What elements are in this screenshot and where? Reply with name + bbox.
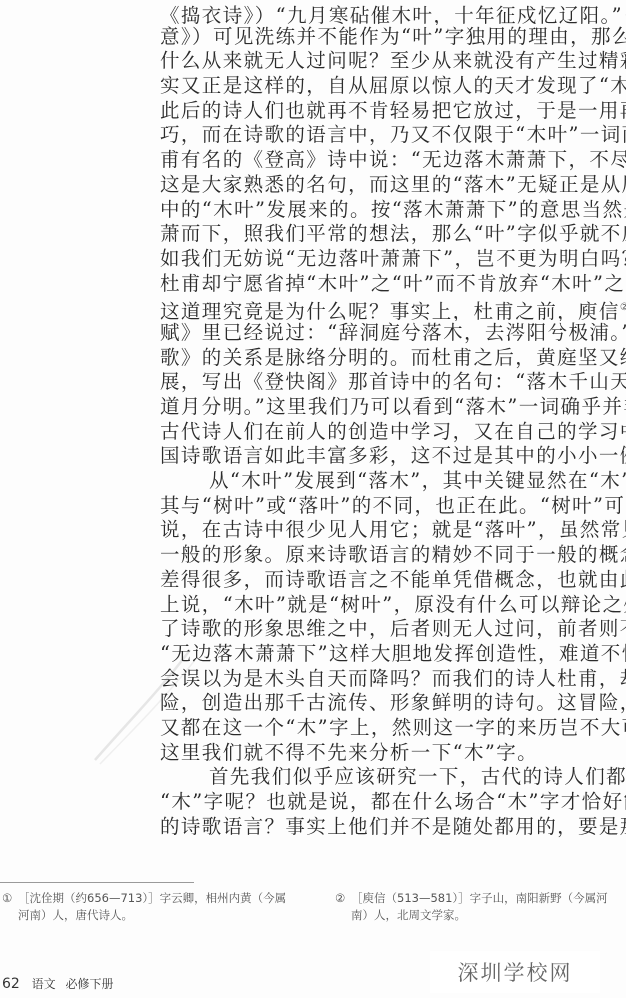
text-line: 如我们无妨说“无边落叶萧萧下”，岂不更为明白吗？然而天才的 (160, 247, 626, 272)
text-line: 《捣衣诗》）“九月寒砧催木叶，十年征戍忆辽阳。”（沈佺期①《古 (160, 0, 626, 25)
footnote-1: ①［沈佺期（约656—713）］字云卿，相州内黄（今属 河南）人，唐代诗人。 (2, 890, 302, 924)
footnote-divider (0, 882, 194, 883)
line-text: 展，写出《登快阁》那首诗中的名句：“落木千山天远大，澄江一 (160, 370, 626, 393)
text-line: “无边落木萧萧下”这样大胆地发挥创造性，难道不怕死心眼的人 (160, 642, 626, 667)
line-text: 巧，而在诗歌的语言中，乃又不仅限于“木叶”一词而已。例如杜 (160, 123, 626, 146)
line-text: 的诗歌语言？事实上他们并不是随处都用的，要是那样，就成了 (160, 815, 626, 838)
text-line: 巧，而在诗歌的语言中，乃又不仅限于“木叶”一词而已。例如杜 (160, 123, 626, 148)
text-line: 展，写出《登快阁》那首诗中的名句：“落木千山天远大，澄江一 (160, 370, 626, 395)
page-footer: 62 语文 必修下册 (2, 975, 114, 992)
text-line: 什么从来就无人过问呢？至少从来就没有产生过精彩的诗句。而事 (160, 49, 626, 74)
text-line: 甫有名的《登高》诗中说：“无边落木萧萧下，不尽长江滚滚来。” (160, 148, 626, 173)
text-line: 赋》里已经说过：“辞洞庭兮落木，去涔阳兮极浦。”这里与《九 (160, 321, 626, 346)
line-text: 了诗歌的形象思维之中，后者则无人过问，前者则不断发展。像 (160, 617, 626, 640)
line-text: “无边落木萧萧下”这样大胆地发挥创造性，难道不怕死心眼的人 (160, 642, 626, 665)
footnote-number: ② (335, 890, 351, 907)
book-label: 必修下册 (66, 977, 114, 991)
line-text: 道月分明。”这里我们乃可以看到“落木”一词确乎并非偶然了。 (160, 395, 626, 418)
line-text: 险，创造出那千古流传、形象鲜明的诗句。这冒险，这形象，其实 (160, 691, 626, 714)
line-text: 这道理究竟是为什么呢？事实上，杜甫之前，庾信 (160, 300, 620, 321)
text-line: 这是大家熟悉的名句，而这里的“落木”无疑正是从屈原《九歌》 (160, 173, 626, 198)
text-line: 此后的诗人们也就再不肯轻易把它放过，于是一用再用，熟能生 (160, 99, 626, 124)
footnote-text: ［庾信（513—581）］字子山，南阳新野（今属河 (351, 891, 608, 905)
text-line: 歌》的关系是脉络分明的。而杜甫之后，黄庭坚又继续了杜甫的发 (160, 346, 626, 371)
line-text: 古代诗人们在前人的创造中学习，又在自己的学习中创造，使得中 (160, 420, 626, 443)
text-line: 其与“树叶”或“落叶”的不同，也正在此。“树叶”可以不用多 (160, 494, 626, 519)
line-text: 国诗歌语言如此丰富多彩，这不过是其中的小小一例而已。 (160, 444, 626, 467)
line-text: “木”字呢？也就是说，都在什么场合“木”字才恰好能构成精妙 (160, 790, 626, 813)
line-text: 意》）可见洗练并不能作为“叶”字独用的理由，那么“树叶”为 (160, 25, 626, 48)
text-line: 杜甫却宁愿省掉“木叶”之“叶”而不肯放弃“木叶”之“木”， (160, 272, 626, 297)
line-text: 又都在这一个“木”字上，然则这一字的来历岂不大可思索吗？在 (160, 716, 626, 739)
line-text: 什么从来就无人过问呢？至少从来就没有产生过精彩的诗句。而事 (160, 49, 626, 72)
line-text: 甫有名的《登高》诗中说：“无边落木萧萧下，不尽长江滚滚来。” (160, 148, 626, 171)
text-line: 这里我们就不得不先来分析一下“木”字。 (160, 741, 626, 766)
page-number: 62 (2, 976, 20, 992)
text-line: 的诗歌语言？事实上他们并不是随处都用的，要是那样，就成了 (160, 815, 626, 840)
footnote-text: ［沈佺期（约656—713）］字云卿，相州内黄（今属 (18, 891, 286, 905)
footnote-text-cont: 河南）人，唐代诗人。 (2, 907, 302, 924)
text-line: 古代诗人们在前人的创造中学习，又在自己的学习中创造，使得中 (160, 420, 626, 445)
article-body: 《捣衣诗》）“九月寒砧催木叶，十年征戍忆辽阳。”（沈佺期①《古意》）可见洗练并不… (160, 0, 626, 839)
text-line: 说，在古诗中很少见人用它；就是“落叶”，虽然常见，也不过是 (160, 518, 626, 543)
line-text: 会误以为是木头自天而降吗？而我们的诗人杜甫，却宁可冒这危 (160, 667, 626, 690)
text-line: 差得很多，而诗歌语言之不能单凭借概念，也就由此可见。从概念 (160, 568, 626, 593)
text-line: “木”字呢？也就是说，都在什么场合“木”字才恰好能构成精妙 (160, 790, 626, 815)
text-line: 道月分明。”这里我们乃可以看到“落木”一词确乎并非偶然了。 (160, 395, 626, 420)
line-text: 一般的形象。原来诗歌语言的精妙不同于一般的概念，差一点就会 (160, 543, 626, 566)
text-line: 中的“木叶”发展来的。按“落木萧萧下”的意思当然是说树叶萧 (160, 198, 626, 223)
text-line: 又都在这一个“木”字上，然则这一字的来历岂不大可思索吗？在 (160, 716, 626, 741)
line-text: 中的“木叶”发展来的。按“落木萧萧下”的意思当然是说树叶萧 (160, 198, 626, 221)
line-text: 其与“树叶”或“落叶”的不同，也正在此。“树叶”可以不用多 (160, 494, 626, 517)
footnote-ref[interactable]: ② (620, 302, 626, 313)
watermark: 深圳学校网 (430, 951, 600, 993)
text-line: 了诗歌的形象思维之中，后者则无人过问，前者则不断发展。像 (160, 617, 626, 642)
text-line: 这道理究竟是为什么呢？事实上，杜甫之前，庾信②在《哀江南 (160, 296, 626, 321)
text-line: 从“木叶”发展到“落木”，其中关键显然在“木”这一字， (160, 469, 626, 494)
text-line: 首先我们似乎应该研究一下，古代的诗人们都在什么场合才用 (160, 765, 626, 790)
line-text: 《捣衣诗》）“九月寒砧催木叶，十年征戍忆辽阳。”（沈佺期 (160, 4, 626, 25)
line-text: 歌》的关系是脉络分明的。而杜甫之后，黄庭坚又继续了杜甫的发 (160, 346, 626, 369)
line-text: 从“木叶”发展到“落木”，其中关键显然在“木”这一字， (209, 469, 626, 492)
line-text: 这是大家熟悉的名句，而这里的“落木”无疑正是从屈原《九歌》 (160, 173, 626, 196)
line-text: 此后的诗人们也就再不肯轻易把它放过，于是一用再用，熟能生 (160, 99, 626, 122)
line-text: 实又正是这样的，自从屈原以惊人的天才发现了“木叶”的奥妙， (160, 74, 626, 97)
subject-label: 语文 (32, 977, 56, 991)
text-line: 意》）可见洗练并不能作为“叶”字独用的理由，那么“树叶”为 (160, 25, 626, 50)
line-text: 说，在古诗中很少见人用它；就是“落叶”，虽然常见，也不过是 (160, 518, 626, 541)
text-line: 国诗歌语言如此丰富多彩，这不过是其中的小小一例而已。 (160, 444, 626, 469)
line-text: 这里我们就不得不先来分析一下“木”字。 (160, 741, 538, 764)
text-line: 上说，“木叶”就是“树叶”，原没有什么可以辩论之处。可是到 (160, 593, 626, 618)
line-text: 首先我们似乎应该研究一下，古代的诗人们都在什么场合才用 (209, 765, 626, 788)
line-text: 杜甫却宁愿省掉“木叶”之“叶”而不肯放弃“木叶”之“木”， (160, 272, 626, 295)
line-text: 赋》里已经说过：“辞洞庭兮落木，去涔阳兮极浦。”这里与《九 (160, 321, 626, 344)
footnote-number: ① (2, 890, 18, 907)
line-text: 上说，“木叶”就是“树叶”，原没有什么可以辩论之处。可是到 (160, 593, 626, 616)
footnote-2: ②［庾信（513—581）］字子山，南阳新野（今属河 南）人，北周文学家。 (335, 890, 626, 924)
text-line: 险，创造出那千古流传、形象鲜明的诗句。这冒险，这形象，其实 (160, 691, 626, 716)
text-line: 会误以为是木头自天而降吗？而我们的诗人杜甫，却宁可冒这危 (160, 667, 626, 692)
text-line: 萧而下，照我们平常的想法，那么“叶”字似乎就不应该省掉。例 (160, 222, 626, 247)
footnote-text-cont: 南）人，北周文学家。 (335, 907, 626, 924)
line-text: 如我们无妨说“无边落叶萧萧下”，岂不更为明白吗？然而天才的 (160, 247, 626, 270)
line-text: 差得很多，而诗歌语言之不能单凭借概念，也就由此可见。从概念 (160, 568, 626, 591)
line-text: 萧而下，照我们平常的想法，那么“叶”字似乎就不应该省掉。例 (160, 222, 626, 245)
text-line: 一般的形象。原来诗歌语言的精妙不同于一般的概念，差一点就会 (160, 543, 626, 568)
text-line: 实又正是这样的，自从屈原以惊人的天才发现了“木叶”的奥妙， (160, 74, 626, 99)
